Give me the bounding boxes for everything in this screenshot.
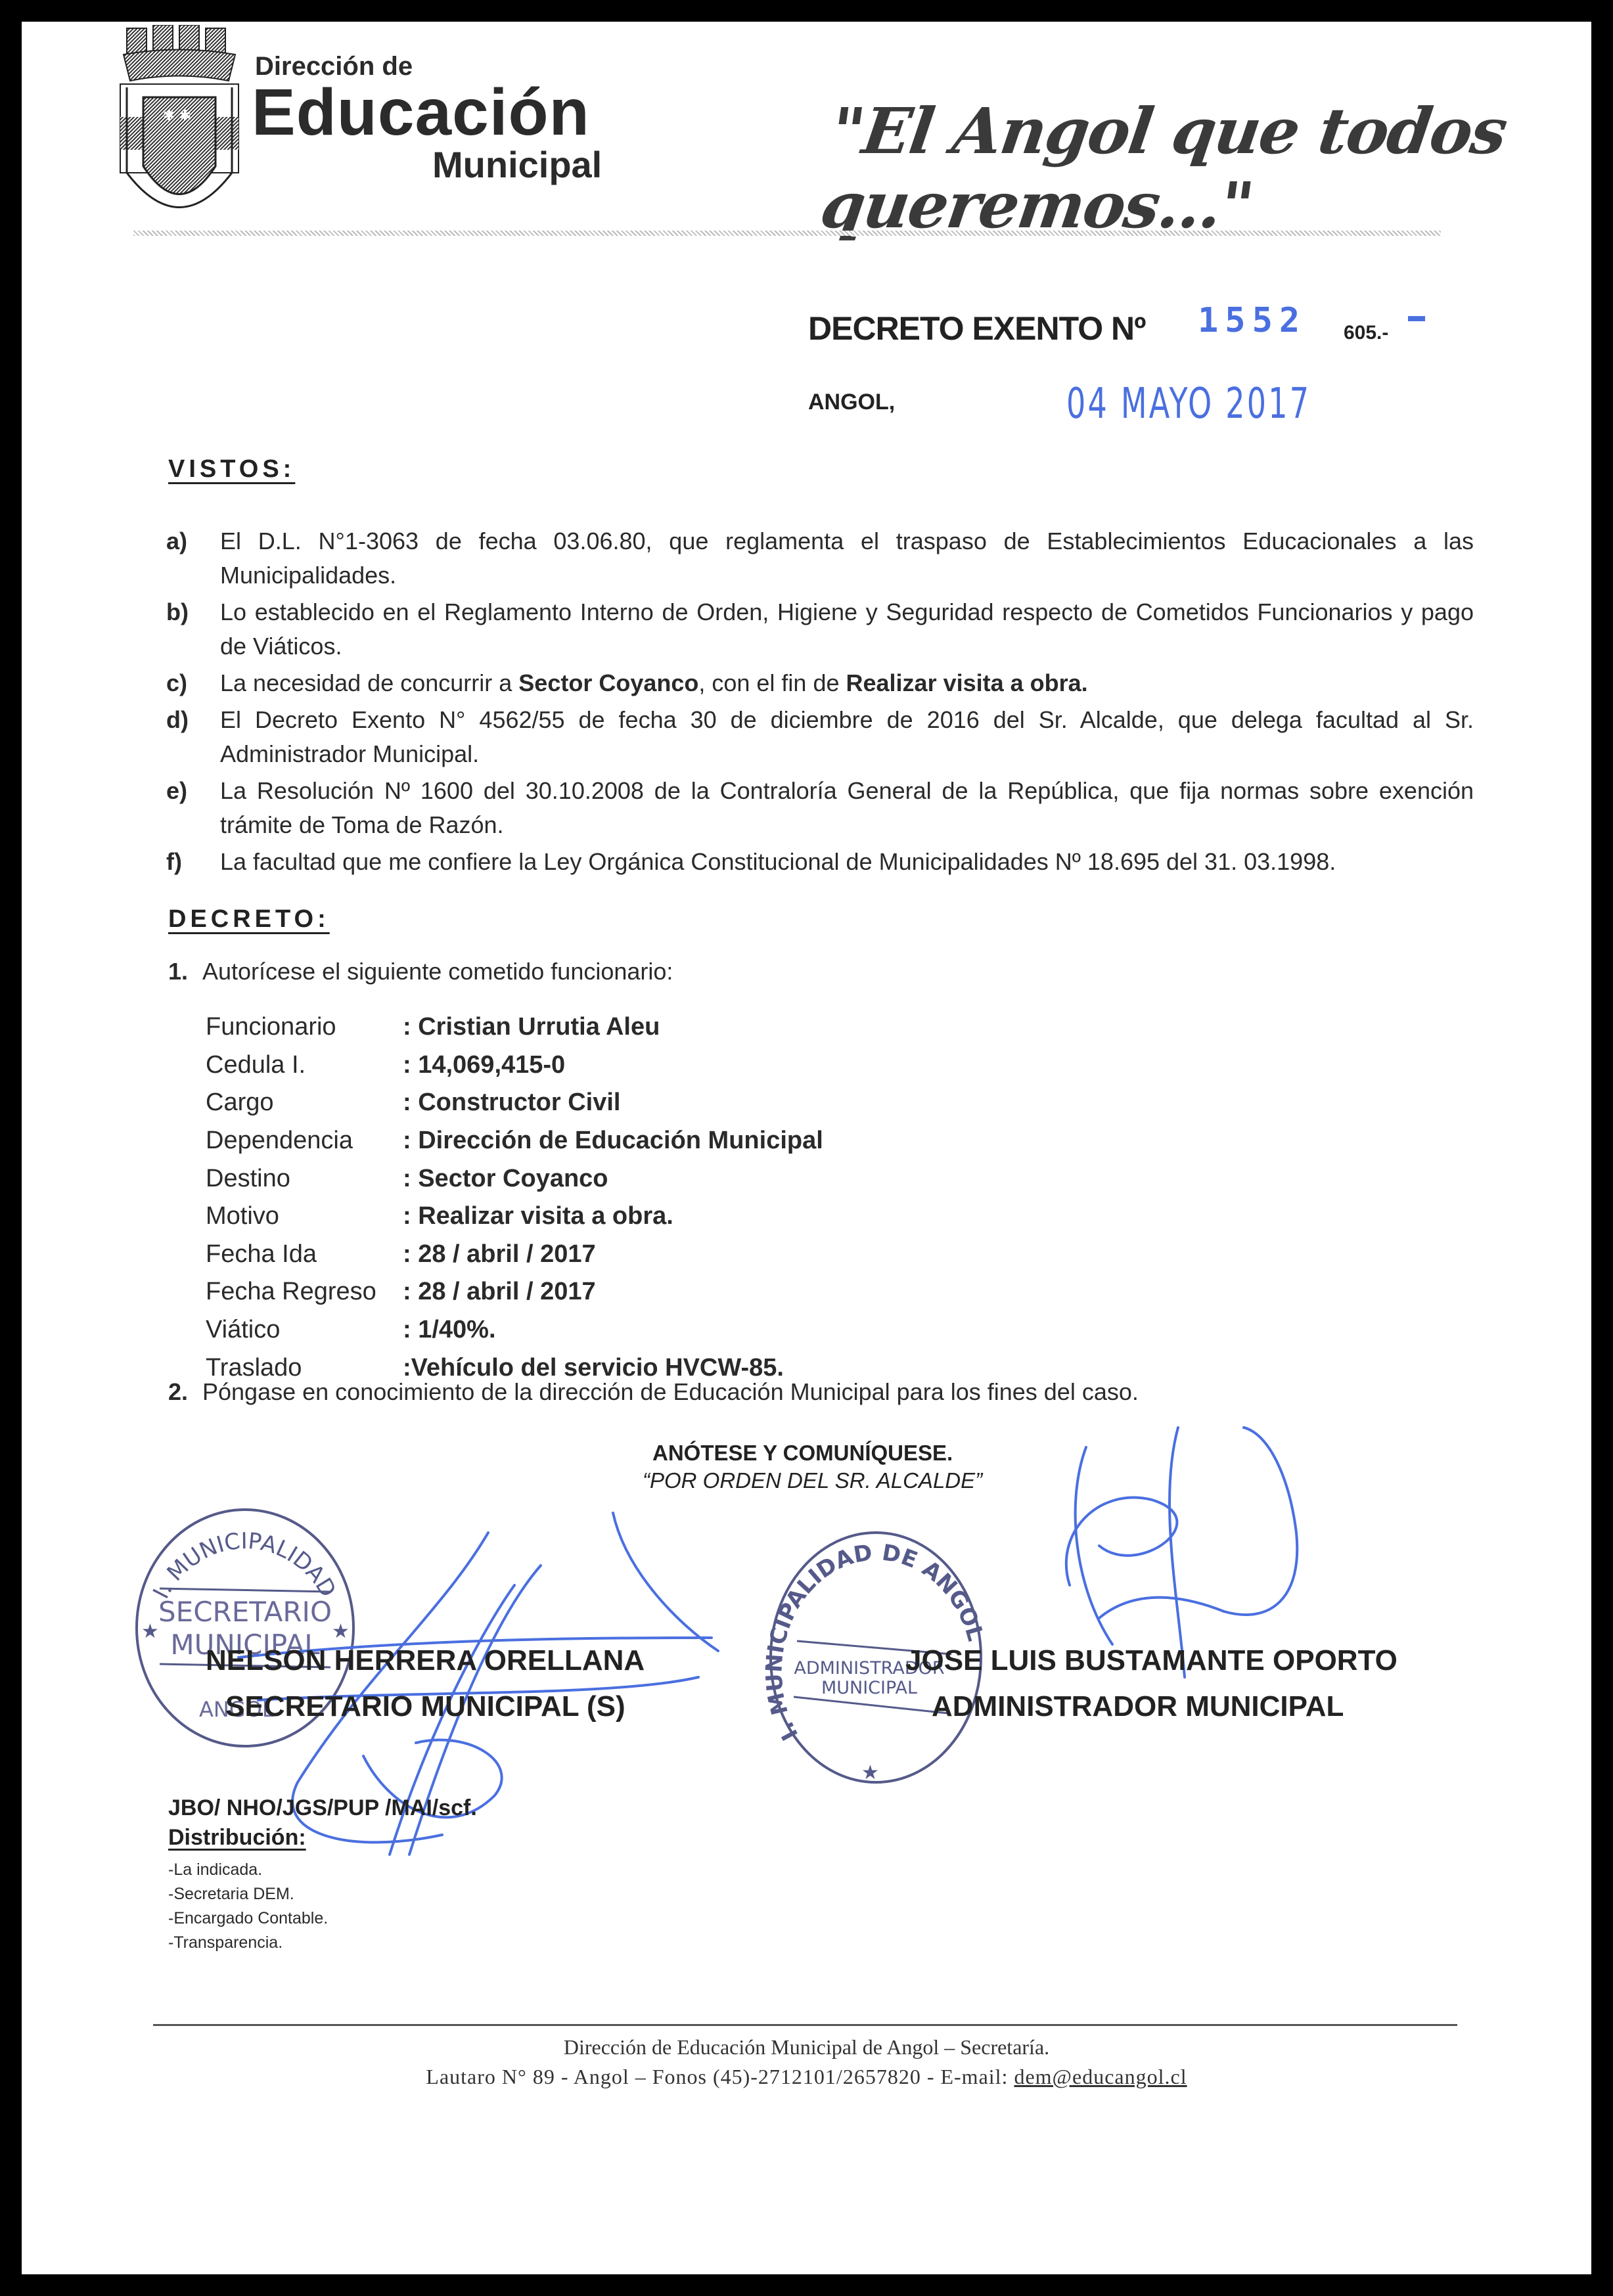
field-row: Fecha Regreso: 28 / abril / 2017 bbox=[206, 1273, 823, 1311]
signatory-1-role: SECRETARIO MUNICIPAL (S) bbox=[225, 1690, 625, 1723]
field-value: : Cristian Urrutia Aleu bbox=[403, 1013, 660, 1041]
footer-divider bbox=[153, 2024, 1457, 2026]
svg-text:★: ★ bbox=[861, 1762, 879, 1784]
distribution-item: -Secretaria DEM. bbox=[168, 1882, 328, 1906]
field-value: : Dirección de Educación Municipal bbox=[403, 1127, 823, 1155]
footer-contact-line: Lautaro N° 89 - Angol – Fonos (45)-27121… bbox=[22, 2065, 1591, 2089]
field-label: Fecha Regreso bbox=[206, 1278, 403, 1306]
item-number: 2. bbox=[168, 1378, 202, 1406]
purpose-bold: Realizar visita a obra. bbox=[846, 669, 1088, 696]
vistos-item-letter: c) bbox=[166, 666, 220, 700]
text-fragment: , con el fin de bbox=[698, 669, 846, 696]
vistos-item: d) El Decreto Exento N° 4562/55 de fecha… bbox=[166, 703, 1474, 771]
vistos-item-letter: f) bbox=[166, 845, 220, 879]
stamped-decree-number: 1552 bbox=[1198, 301, 1306, 340]
stamp-mark: ▬ bbox=[1408, 305, 1425, 326]
distribution-item: -La indicada. bbox=[168, 1858, 328, 1882]
svg-text:MUNICIPAL: MUNICIPAL bbox=[821, 1678, 917, 1698]
field-row: Viático: 1/40%. bbox=[206, 1311, 823, 1349]
field-row: Fecha Ida: 28 / abril / 2017 bbox=[206, 1236, 823, 1274]
item-text: Autorícese el siguiente cometido funcion… bbox=[202, 958, 673, 985]
field-value: : Constructor Civil bbox=[403, 1089, 620, 1117]
field-row: Funcionario: Cristian Urrutia Aleu bbox=[206, 1008, 823, 1047]
decreto-item-2: 2.Póngase en conocimiento de la direcció… bbox=[168, 1378, 1139, 1406]
signatory-2-name: JOSE LUIS BUSTAMANTE OPORTO bbox=[905, 1644, 1397, 1677]
field-label: Cargo bbox=[206, 1089, 403, 1117]
vistos-item: e) La Resolución Nº 1600 del 30.10.2008 … bbox=[166, 774, 1474, 842]
vistos-item-letter: b) bbox=[166, 595, 220, 664]
field-label: Cedula I. bbox=[206, 1051, 403, 1079]
field-label: Fecha Ida bbox=[206, 1240, 403, 1269]
field-row: Dependencia: Dirección de Educación Muni… bbox=[206, 1122, 823, 1160]
text-fragment: La necesidad de concurrir a bbox=[220, 669, 518, 696]
distribution-list: -La indicada. -Secretaria DEM. -Encargad… bbox=[168, 1858, 328, 1955]
email-link[interactable]: dem@educangol.cl bbox=[1014, 2065, 1187, 2088]
footer-address: Lautaro N° 89 - Angol – Fonos (45)-27121… bbox=[426, 2065, 1014, 2088]
footer-org-line: Dirección de Educación Municipal de Ango… bbox=[22, 2035, 1591, 2060]
vistos-list: a) El D.L. N°1-3063 de fecha 03.06.80, q… bbox=[166, 524, 1474, 882]
decreto-heading: DECRETO: bbox=[168, 905, 330, 934]
field-row: Motivo: Realizar visita a obra. bbox=[206, 1198, 823, 1236]
printed-decree-number: 605.- bbox=[1344, 322, 1388, 344]
field-row: Destino: Sector Coyanco bbox=[206, 1159, 823, 1198]
vistos-item-text: El D.L. N°1-3063 de fecha 03.06.80, que … bbox=[220, 524, 1474, 593]
stamped-date: 04 MAYO 2017 bbox=[1066, 380, 1311, 428]
vistos-heading: VISTOS: bbox=[168, 455, 295, 484]
closing-line: ANÓTESE Y COMUNÍQUESE. bbox=[652, 1441, 953, 1466]
signatory-2-role: ADMINISTRADOR MUNICIPAL bbox=[932, 1690, 1344, 1723]
field-value: : 28 / abril / 2017 bbox=[403, 1240, 596, 1269]
field-label: Dependencia bbox=[206, 1127, 403, 1155]
document-page: ✱ ✱ Dirección de Educación Municipal "El… bbox=[22, 22, 1591, 2274]
vistos-item-letter: a) bbox=[166, 524, 220, 593]
vistos-item-letter: e) bbox=[166, 774, 220, 842]
vistos-item-text: La necesidad de concurrir a Sector Coyan… bbox=[220, 666, 1474, 700]
field-value: : 28 / abril / 2017 bbox=[403, 1278, 596, 1306]
by-order-line: “POR ORDEN DEL SR. ALCALDE” bbox=[643, 1468, 982, 1493]
distribution-heading: Distribución: bbox=[168, 1825, 306, 1851]
signatory-1-name: NELSON HERRERA ORELLANA bbox=[206, 1644, 645, 1677]
reference-initials: JBO/ NHO/JGS/PUP /MAI/scf. bbox=[168, 1795, 477, 1821]
vistos-item: c) La necesidad de concurrir a Sector Co… bbox=[166, 666, 1474, 700]
vistos-item-text: La facultad que me confiere la Ley Orgán… bbox=[220, 845, 1474, 879]
vistos-item-text: La Resolución Nº 1600 del 30.10.2008 de … bbox=[220, 774, 1474, 842]
distribution-item: -Transparencia. bbox=[168, 1931, 328, 1955]
svg-text:★: ★ bbox=[332, 1621, 350, 1642]
slogan: "El Angol que todos queremos..." bbox=[816, 94, 1602, 242]
field-row: Cargo: Constructor Civil bbox=[206, 1084, 823, 1122]
field-row: Cedula I.: 14,069,415-0 bbox=[206, 1047, 823, 1085]
vistos-item-letter: d) bbox=[166, 703, 220, 771]
decree-label: DECRETO EXENTO Nº bbox=[808, 309, 1145, 348]
field-label: Destino bbox=[206, 1165, 403, 1193]
field-value: : Sector Coyanco bbox=[403, 1165, 608, 1193]
svg-text:✱ ✱: ✱ ✱ bbox=[163, 107, 191, 124]
org-name-line2: Educación bbox=[252, 79, 590, 145]
assignment-fields: Funcionario: Cristian Urrutia Aleu Cedul… bbox=[206, 1008, 823, 1387]
vistos-item: a) El D.L. N°1-3063 de fecha 03.06.80, q… bbox=[166, 524, 1474, 593]
header-divider bbox=[133, 231, 1441, 236]
vistos-item-text: El Decreto Exento N° 4562/55 de fecha 30… bbox=[220, 703, 1474, 771]
field-value: : 14,069,415-0 bbox=[403, 1051, 565, 1079]
decreto-item-1: 1.Autorícese el siguiente cometido funci… bbox=[168, 958, 673, 985]
vistos-item: b) Lo establecido en el Reglamento Inter… bbox=[166, 595, 1474, 664]
field-label: Viático bbox=[206, 1316, 403, 1344]
city-label: ANGOL, bbox=[808, 390, 895, 415]
item-text: Póngase en conocimiento de la dirección … bbox=[202, 1378, 1139, 1405]
svg-text:SECRETARIO: SECRETARIO bbox=[158, 1596, 332, 1628]
municipal-crest-icon: ✱ ✱ bbox=[114, 25, 245, 229]
org-name-line3: Municipal bbox=[432, 143, 602, 186]
vistos-item-text: Lo establecido en el Reglamento Interno … bbox=[220, 595, 1474, 664]
distribution-item: -Encargado Contable. bbox=[168, 1906, 328, 1931]
field-label: Motivo bbox=[206, 1202, 403, 1230]
vistos-item: f) La facultad que me confiere la Ley Or… bbox=[166, 845, 1474, 879]
field-value: : 1/40%. bbox=[403, 1316, 496, 1344]
svg-text:★: ★ bbox=[141, 1621, 159, 1642]
destination-bold: Sector Coyanco bbox=[518, 669, 698, 696]
field-value: : Realizar visita a obra. bbox=[403, 1202, 673, 1230]
field-label: Funcionario bbox=[206, 1013, 403, 1041]
item-number: 1. bbox=[168, 958, 202, 985]
